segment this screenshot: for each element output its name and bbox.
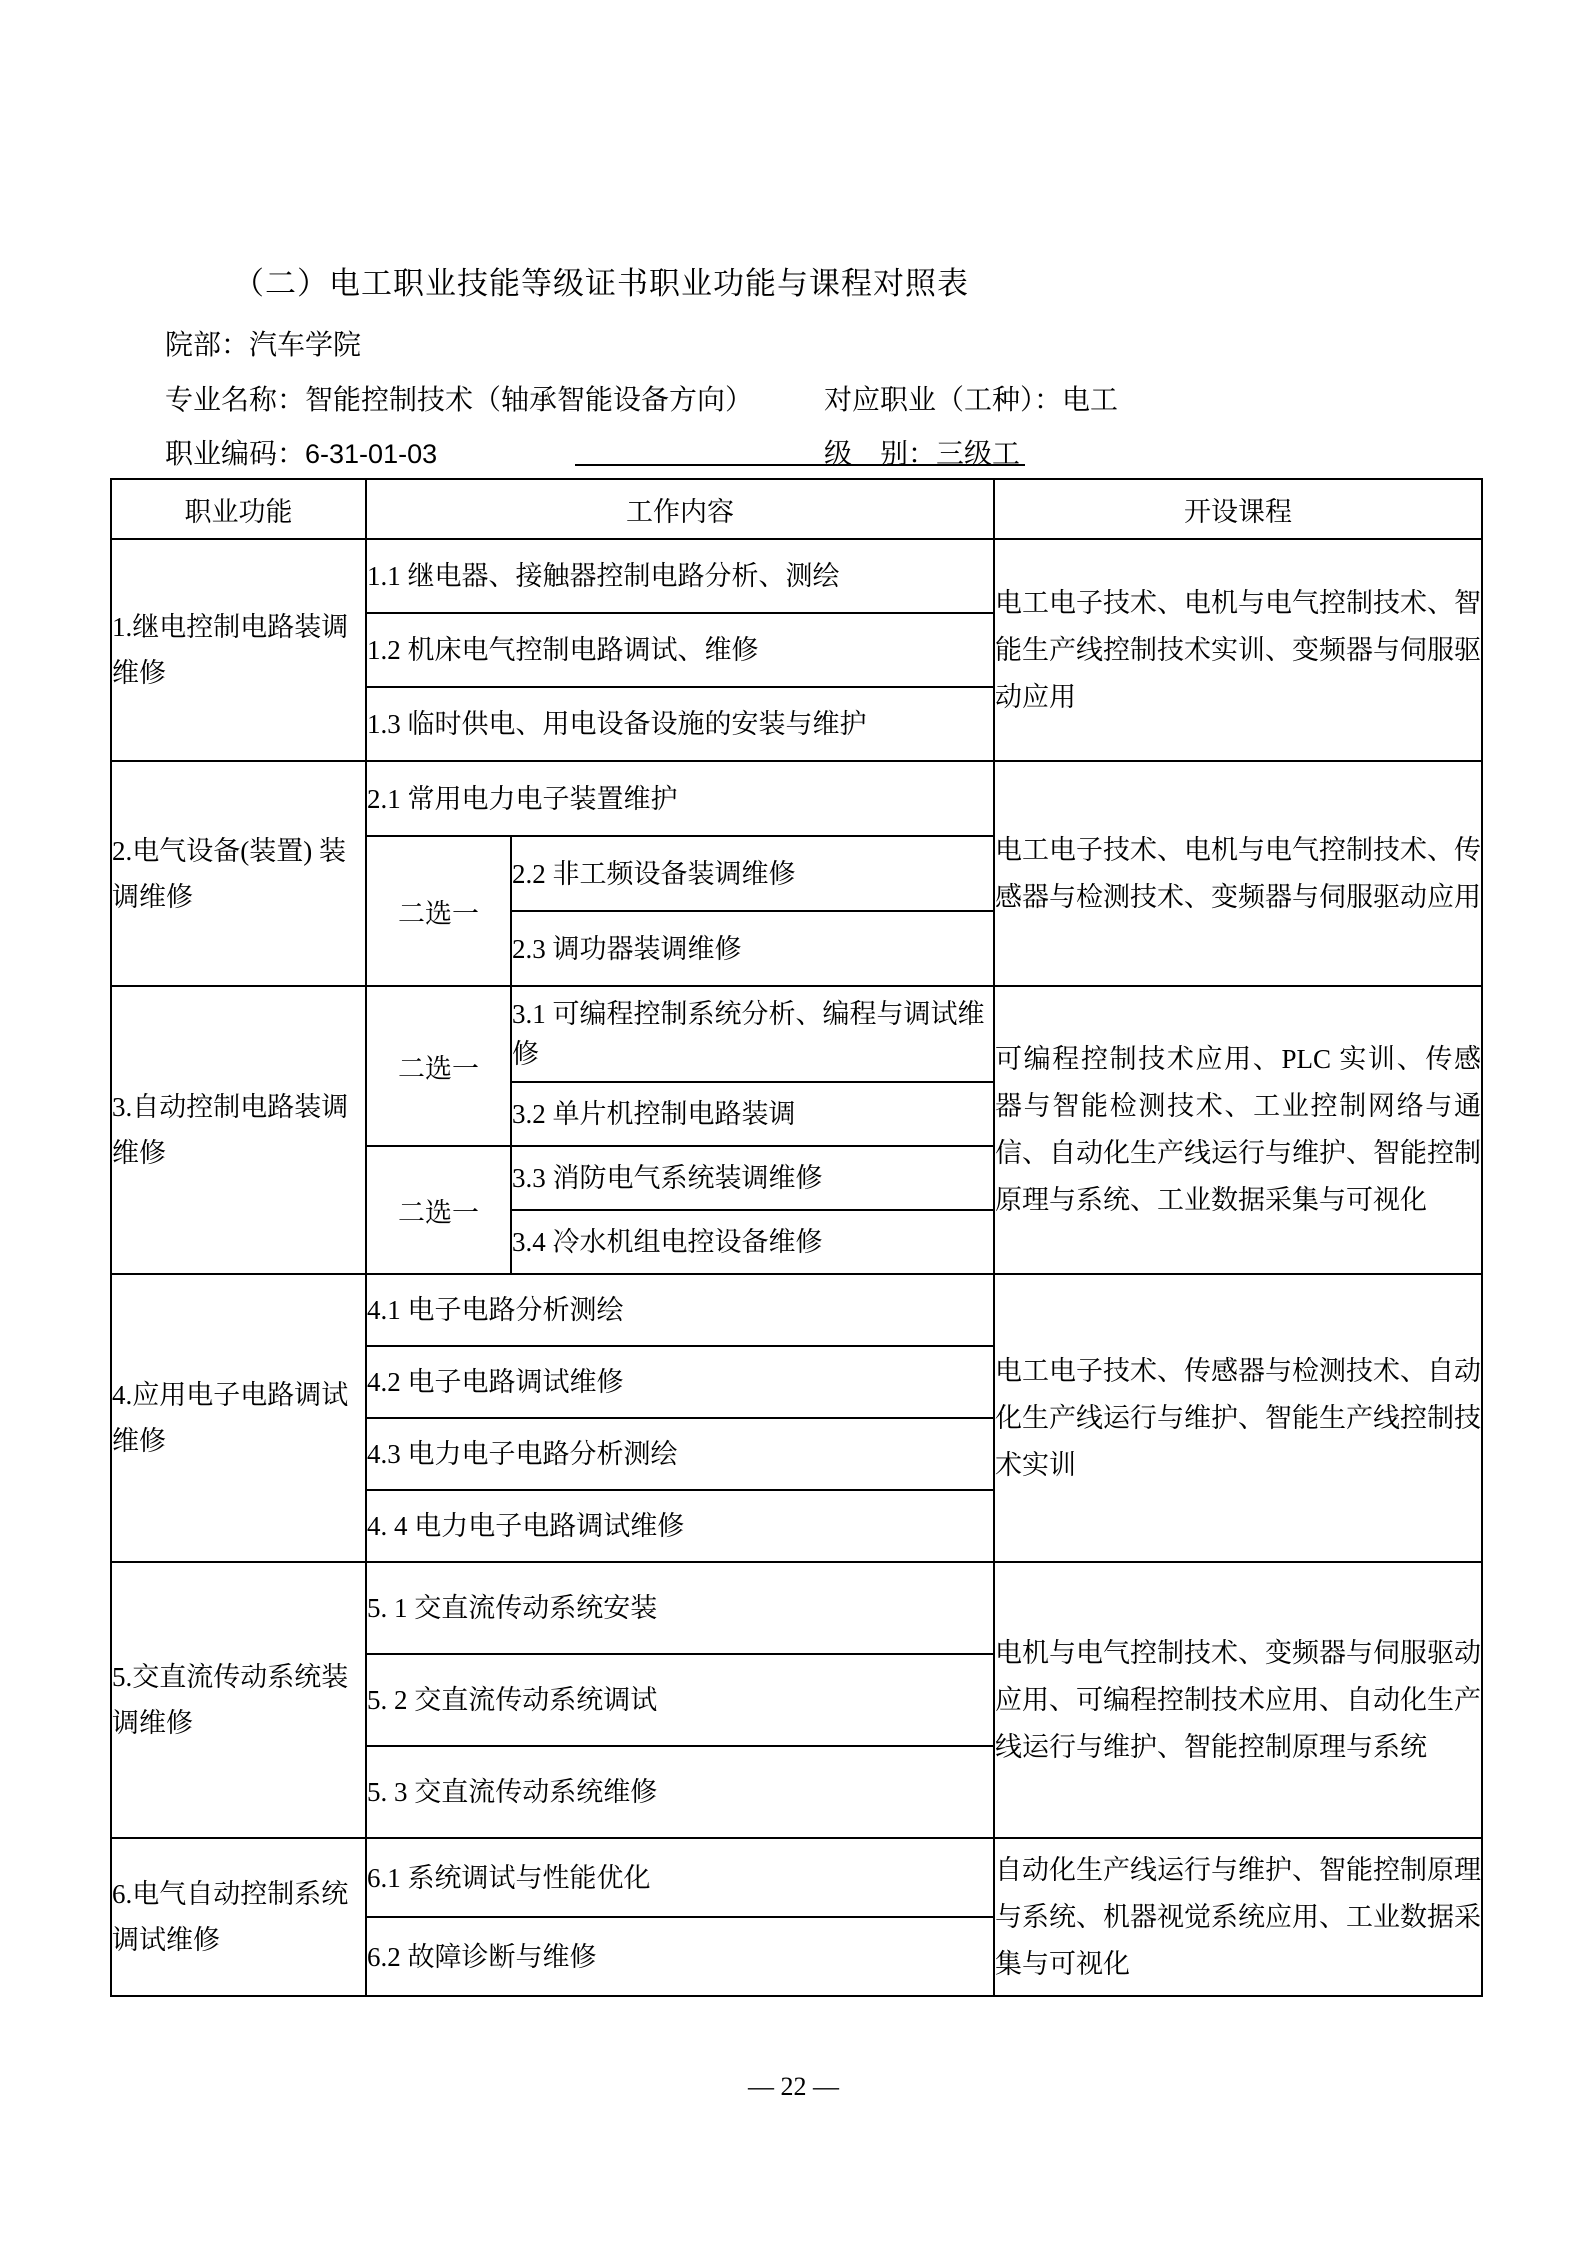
- table-row: 2.电气设备(装置) 装调维修 2.1 常用电力电子装置维护 电工电子技术、电机…: [111, 761, 1482, 836]
- occupation-code-value: 6-31-01-03: [305, 439, 437, 469]
- major-value: 智能控制技术（轴承智能设备方向）: [305, 385, 753, 416]
- task-cell: 1.3 临时供电、用电设备设施的安装与维护: [366, 687, 994, 761]
- task-cell: 2.3 调功器装调维修: [511, 911, 994, 986]
- task-cell: 5. 2 交直流传动系统调试: [366, 1654, 994, 1746]
- task-cell: 6.2 故障诊断与维修: [366, 1917, 994, 1996]
- occupation-value: 电工: [1062, 385, 1118, 416]
- task-cell: 1.2 机床电气控制电路调试、维修: [366, 613, 994, 687]
- column-header-function: 职业功能: [111, 479, 366, 539]
- choice-cell: 二选一: [366, 1146, 511, 1274]
- task-cell: 3.2 单片机控制电路装调: [511, 1082, 994, 1146]
- function-cell: 6.电气自动控制系统调试维修: [111, 1838, 366, 1996]
- major-label: 专业名称：: [165, 385, 305, 416]
- task-cell: 3.1 可编程控制系统分析、编程与调试维修: [511, 986, 994, 1082]
- courses-cell: 可编程控制技术应用、PLC 实训、传感器与智能检测技术、工业控制网络与通信、自动…: [994, 986, 1482, 1274]
- courses-cell: 电机与电气控制技术、变频器与伺服驱动应用、可编程控制技术应用、自动化生产线运行与…: [994, 1562, 1482, 1838]
- occupation-line: 对应职业（工种）：电工: [824, 378, 1118, 418]
- task-cell: 5. 1 交直流传动系统安装: [366, 1562, 994, 1654]
- choice-cell: 二选一: [366, 986, 511, 1146]
- major-line: 专业名称：智能控制技术（轴承智能设备方向）: [165, 378, 753, 418]
- choice-cell: 二选一: [366, 836, 511, 986]
- courses-cell: 电工电子技术、传感器与检测技术、自动化生产线运行与维护、智能生产线控制技术实训: [994, 1274, 1482, 1562]
- task-cell: 6.1 系统调试与性能优化: [366, 1838, 994, 1917]
- table-row: 6.电气自动控制系统调试维修 6.1 系统调试与性能优化 自动化生产线运行与维护…: [111, 1838, 1482, 1917]
- task-cell: 4.2 电子电路调试维修: [366, 1346, 994, 1418]
- table-row: 1.继电控制电路装调维修 1.1 继电器、接触器控制电路分析、测绘 电工电子技术…: [111, 539, 1482, 613]
- task-cell: 4.1 电子电路分析测绘: [366, 1274, 994, 1346]
- task-cell: 5. 3 交直流传动系统维修: [366, 1746, 994, 1838]
- occupation-code-label: 职业编码：: [165, 439, 305, 470]
- department-label: 院部：: [165, 330, 249, 361]
- level-blank-underline: [575, 464, 1025, 466]
- document-title: （二）电工职业技能等级证书职业功能与课程对照表: [233, 258, 969, 303]
- column-header-work: 工作内容: [366, 479, 994, 539]
- function-cell: 4.应用电子电路调试维修: [111, 1274, 366, 1562]
- table-row: 5.交直流传动系统装调维修 5. 1 交直流传动系统安装 电机与电气控制技术、变…: [111, 1562, 1482, 1654]
- task-cell: 2.2 非工频设备装调维修: [511, 836, 994, 911]
- courses-cell: 电工电子技术、电机与电气控制技术、智能生产线控制技术实训、变频器与伺服驱动应用: [994, 539, 1482, 761]
- department-line: 院部：汽车学院: [165, 323, 361, 363]
- courses-cell: 自动化生产线运行与维护、智能控制原理与系统、机器视觉系统应用、工业数据采集与可视…: [994, 1838, 1482, 1996]
- task-cell: 4. 4 电力电子电路调试维修: [366, 1490, 994, 1562]
- column-header-courses: 开设课程: [994, 479, 1482, 539]
- level-line: 级 别：三级工: [824, 432, 1020, 472]
- function-cell: 5.交直流传动系统装调维修: [111, 1562, 366, 1838]
- table-row: 3.自动控制电路装调维修 二选一 3.1 可编程控制系统分析、编程与调试维修 可…: [111, 986, 1482, 1082]
- task-cell: 3.4 冷水机组电控设备维修: [511, 1210, 994, 1274]
- function-course-table: 职业功能 工作内容 开设课程 1.继电控制电路装调维修 1.1 继电器、接触器控…: [110, 478, 1483, 1997]
- department-value: 汽车学院: [249, 330, 361, 361]
- courses-cell: 电工电子技术、电机与电气控制技术、传感器与检测技术、变频器与伺服驱动应用: [994, 761, 1482, 986]
- occupation-code-line: 职业编码：6-31-01-03: [165, 432, 437, 472]
- task-cell: 1.1 继电器、接触器控制电路分析、测绘: [366, 539, 994, 613]
- document-page: （二）电工职业技能等级证书职业功能与课程对照表 院部：汽车学院 专业名称：智能控…: [0, 0, 1587, 2245]
- page-number: — 22 —: [0, 2072, 1587, 2102]
- table-row: 4.应用电子电路调试维修 4.1 电子电路分析测绘 电工电子技术、传感器与检测技…: [111, 1274, 1482, 1346]
- function-cell: 1.继电控制电路装调维修: [111, 539, 366, 761]
- task-cell: 3.3 消防电气系统装调维修: [511, 1146, 994, 1210]
- task-cell: 4.3 电力电子电路分析测绘: [366, 1418, 994, 1490]
- occupation-label: 对应职业（工种）：: [824, 385, 1062, 416]
- table-header-row: 职业功能 工作内容 开设课程: [111, 479, 1482, 539]
- function-cell: 3.自动控制电路装调维修: [111, 986, 366, 1274]
- function-cell: 2.电气设备(装置) 装调维修: [111, 761, 366, 986]
- task-cell: 2.1 常用电力电子装置维护: [366, 761, 994, 836]
